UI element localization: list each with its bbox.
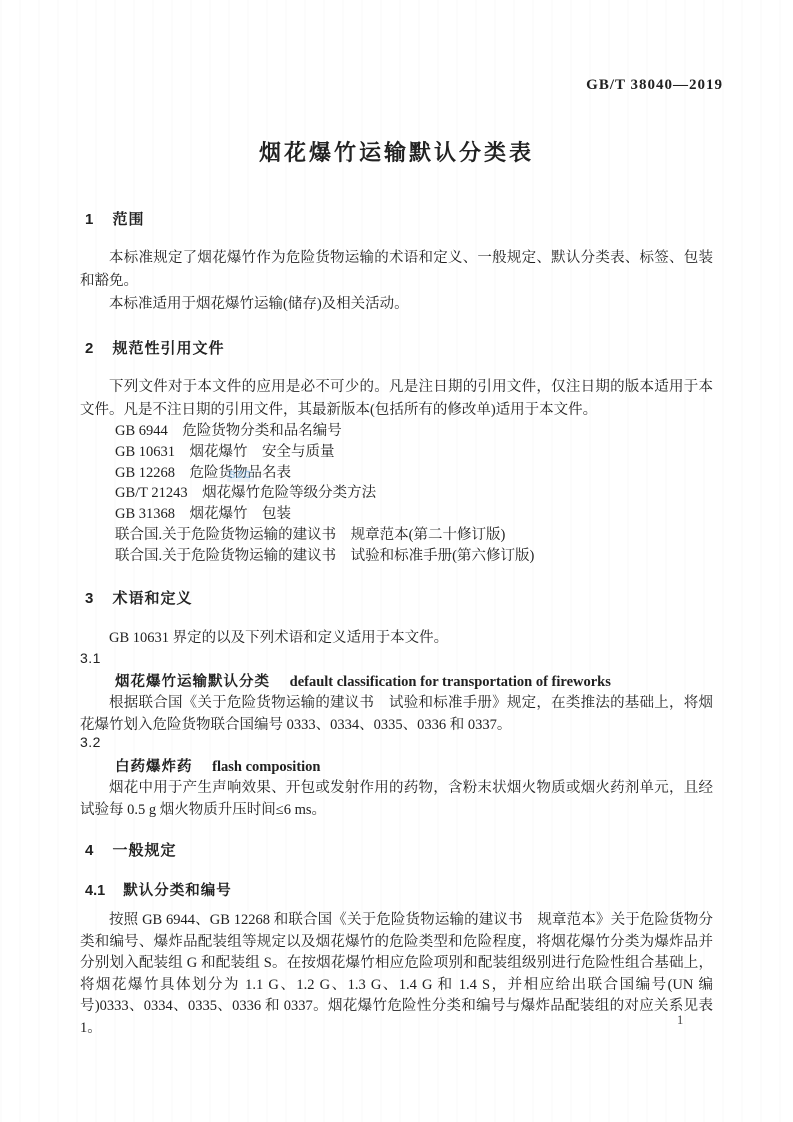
document-page: GB/T 38040—2019 烟花爆竹运输默认分类表 1 范围 本标准规定了烟…: [0, 0, 793, 1122]
section-4-number: 4: [85, 842, 93, 859]
terms-intro: GB 10631 界定的以及下列术语和定义适用于本文件。: [80, 627, 713, 650]
term-3-2-zh: 白药爆炸药: [115, 759, 193, 775]
scope-paragraph-2: 本标准适用于烟花爆竹运输(储存)及相关活动。: [80, 293, 713, 316]
normative-refs-intro: 下列文件对于本文件的应用是必不可少的。凡是注日期的引用文件，仅注日期的版本适用于…: [80, 376, 713, 422]
section-1-title: 范围: [113, 211, 145, 228]
term-3-2-number: 3.2: [80, 734, 101, 750]
term-3-1-zh: 烟花爆竹运输默认分类: [115, 674, 270, 690]
section-2-title: 规范性引用文件: [113, 340, 225, 357]
section-4-heading: 4 一般规定: [85, 839, 177, 860]
reference-item: 联合国.关于危险货物运输的建议书 试验和标准手册(第六修订版): [80, 546, 713, 567]
reference-item: GB 31368 烟花爆竹 包装: [80, 504, 713, 525]
term-3-1-number: 3.1: [80, 650, 101, 666]
section-3-number: 3: [85, 590, 93, 607]
term-3-1-en: default classification for transportatio…: [290, 674, 611, 690]
section-1-heading: 1 范围: [85, 208, 145, 229]
reference-item: GB 6944 危险货物分类和品名编号: [80, 421, 713, 442]
document-title: 烟花爆竹运输默认分类表: [0, 136, 793, 167]
section-4-title: 一般规定: [113, 842, 177, 859]
term-3-2-en: flash composition: [212, 759, 320, 775]
page-number: 1: [677, 1013, 683, 1028]
section-3-title: 术语和定义: [113, 590, 193, 607]
scan-watermark: SZC: [227, 469, 254, 482]
section-2-number: 2: [85, 340, 93, 357]
term-3-1-definition: 根据联合国《关于危险货物运输的建议书 试验和标准手册》规定，在类推法的基础上，将…: [80, 692, 713, 736]
general-paragraph-1: 按照 GB 6944、GB 12268 和联合国《关于危险货物运输的建议书 规章…: [80, 910, 713, 1039]
section-4-1-title: 默认分类和编号: [123, 883, 232, 899]
normative-reference-list: GB 6944 危险货物分类和品名编号 GB 10631 烟花爆竹 安全与质量 …: [80, 421, 713, 567]
section-4-1-heading: 4.1 默认分类和编号: [85, 879, 232, 900]
standard-number: GB/T 38040—2019: [586, 77, 723, 94]
section-4-1-number: 4.1: [85, 883, 105, 899]
term-3-1: 烟花爆竹运输默认分类 default classification for tr…: [115, 670, 715, 691]
term-3-2: 白药爆炸药 flash composition: [115, 755, 715, 776]
reference-item: GB/T 21243 烟花爆竹危险等级分类方法: [80, 483, 713, 504]
reference-item: 联合国.关于危险货物运输的建议书 规章范本(第二十修订版): [80, 525, 713, 546]
section-2-heading: 2 规范性引用文件: [85, 337, 225, 358]
reference-item: GB 12268 危险货物品名表: [80, 463, 713, 484]
reference-item: GB 10631 烟花爆竹 安全与质量: [80, 442, 713, 463]
scope-paragraph-1: 本标准规定了烟花爆竹作为危险货物运输的术语和定义、一般规定、默认分类表、标签、包…: [80, 247, 713, 293]
section-1-number: 1: [85, 211, 93, 228]
term-3-2-definition: 烟花中用于产生声响效果、开包或发射作用的药物，含粉末状烟火物质或烟火药剂单元，且…: [80, 777, 713, 821]
section-3-heading: 3 术语和定义: [85, 587, 193, 608]
